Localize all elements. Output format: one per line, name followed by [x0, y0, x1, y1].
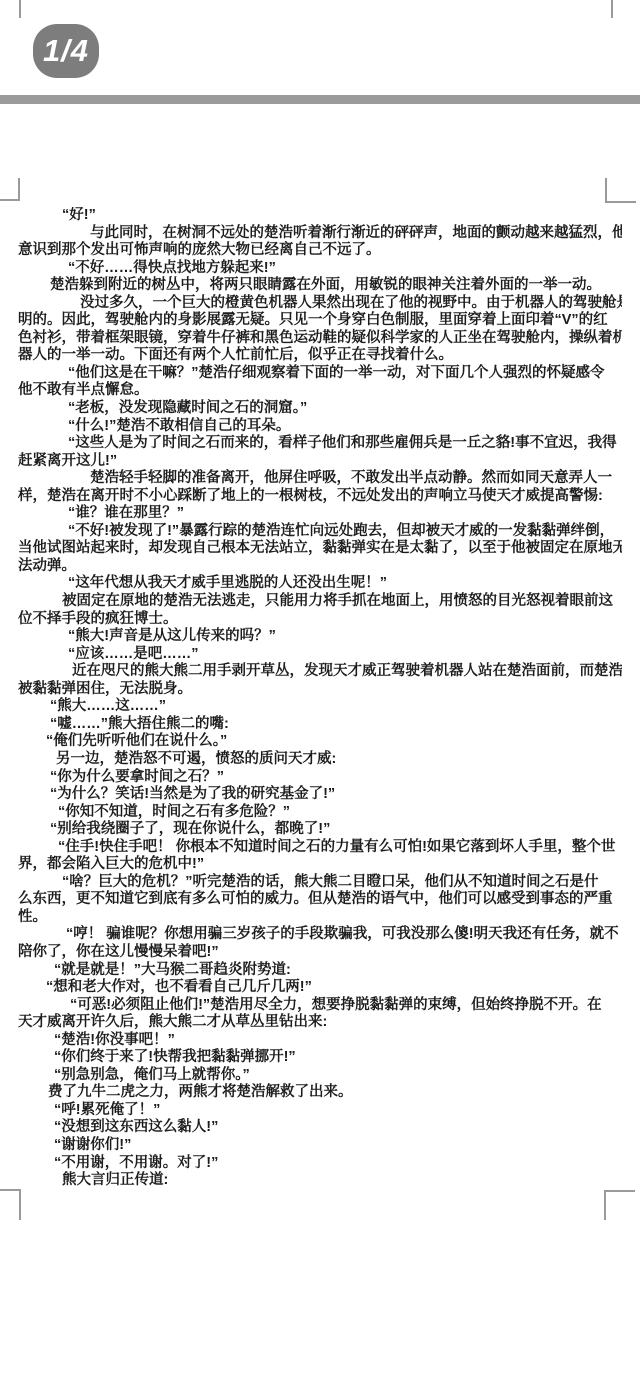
- text-line: “不好……得快点找地方躲起来!”: [18, 260, 622, 278]
- text-line: “你知不知道，时间之石有多危险？”: [18, 804, 622, 822]
- text-line: 位不择手段的疯狂博士。: [18, 611, 622, 629]
- text-line: 费了九牛二虎之力，两熊才将楚浩解救了出来。: [18, 1084, 622, 1102]
- page-separator-bar: [0, 95, 640, 104]
- text-line: “他们这是在干嘛？”楚浩仔细观察着下面的一举一动，对下面几个人强烈的怀疑感令: [18, 365, 622, 383]
- text-line: 赶紧离开这儿!”: [18, 453, 622, 471]
- text-line: 楚浩躲到附近的树丛中，将两只眼睛露在外面，用敏锐的眼神关注着外面的一举一动。: [18, 277, 622, 295]
- page-corner-mark-top-left: [0, 178, 20, 201]
- text-line: “哼！ 骗谁呢？你想用骗三岁孩子的手段欺骗我，可我没那么傻!明天我还有任务，就不: [18, 926, 622, 944]
- text-line: “谢谢你们!”: [18, 1137, 622, 1155]
- text-line: 熊大言归正传道:: [18, 1172, 622, 1190]
- text-line: “什么!”楚浩不敢相信自己的耳朵。: [18, 418, 622, 436]
- previous-page-corner-tick-left: [19, 0, 21, 18]
- text-line: 意识到那个发出可怖声响的庞然大物已经离自己不远了。: [18, 242, 622, 260]
- text-line: “谁？谁在那里？”: [18, 505, 622, 523]
- text-line: “这年代想从我天才威手里逃脱的人还没出生呢！”: [18, 575, 622, 593]
- text-line: “啥？巨大的危机？”听完楚浩的话，熊大熊二目瞪口呆，他们从不知道时间之石是什: [18, 874, 622, 892]
- text-line: “好!”: [18, 207, 622, 225]
- text-line: 器人的一举一动。下面还有两个人忙前忙后，似乎正在寻找着什么。: [18, 347, 622, 365]
- text-line: “想和老大作对，也不看看自己几斤几两!”: [18, 979, 622, 997]
- text-line: 被固定在原地的楚浩无法逃走，只能用力将手抓在地面上，用愤怒的目光怒视着眼前这: [18, 593, 622, 611]
- text-line: 明的。因此，驾驶舱内的身影展露无疑。只见一个身穿白色制服，里面穿着上面印着“V”…: [18, 312, 622, 330]
- text-line: 近在咫尺的熊大熊二用手剥开草丛，发现天才威正驾驶着机器人站在楚浩面前，而楚浩: [18, 663, 622, 681]
- text-line: 法动弹。: [18, 558, 622, 576]
- text-line: “老板，没发现隐藏时间之石的洞窟。”: [18, 400, 622, 418]
- text-line: “为什么？笑话!当然是为了我的研究基金了!”: [18, 786, 622, 804]
- text-line: “熊大!声音是从这儿传来的吗？”: [18, 628, 622, 646]
- text-line: 当他试图站起来时，却发现自己根本无法站立，黏黏弹实在是太黏了，以至于他被固定在原…: [18, 540, 622, 558]
- page-corner-mark-bottom-left: [0, 1189, 21, 1220]
- page-corner-mark-bottom-right: [604, 1190, 635, 1220]
- document-preview-screen: 1/4 “好!”与此同时，在树洞不远处的楚浩听着渐行渐近的砰砰声，地面的颤动越来…: [0, 0, 640, 1387]
- previous-page-corner-tick-right: [611, 0, 613, 18]
- text-line: “可恶!必须阻止他们!”楚浩用尽全力，想要挣脱黏黏弹的束缚，但始终挣脱不开。在: [18, 997, 622, 1015]
- text-line: 界，都会陷入巨大的危机中!”: [18, 856, 622, 874]
- text-line: 他不敢有半点懈怠。: [18, 382, 622, 400]
- text-line: 另一边，楚浩怒不可遏，愤怒的质问天才威:: [18, 751, 622, 769]
- document-text: “好!”与此同时，在树洞不远处的楚浩听着渐行渐近的砰砰声，地面的颤动越来越猛烈，…: [18, 207, 622, 1190]
- text-line: “呼!累死俺了！”: [18, 1102, 622, 1120]
- text-line: “住手!快住手吧！ 你根本不知道时间之石的力量有么可怕!如果它落到坏人手里，整个…: [18, 839, 622, 857]
- text-line: “不用谢，不用谢。对了!”: [18, 1155, 622, 1173]
- text-line: “你为什么要拿时间之石？”: [18, 769, 622, 787]
- text-line: “没想到这东西这么黏人!”: [18, 1119, 622, 1137]
- page-corner-mark-top-right: [605, 178, 636, 203]
- text-line: “熊大……这……”: [18, 698, 622, 716]
- text-line: “俺们先听听他们在说什么。”: [18, 733, 622, 751]
- text-line: 楚浩轻手轻脚的准备离开，他屏住呼吸，不敢发出半点动静。然而如同天意弄人一: [18, 470, 622, 488]
- text-line: “你们终于来了!快帮我把黏黏弹挪开!”: [18, 1049, 622, 1067]
- text-line: “嘘……”熊大捂住熊二的嘴:: [18, 716, 622, 734]
- page-number-badge: 1/4: [33, 24, 99, 78]
- text-line: 陪你了，你在这儿慢慢呆着吧!”: [18, 944, 622, 962]
- text-line: “别急别急，俺们马上就帮你。”: [18, 1067, 622, 1085]
- text-line: “别给我绕圈子了，现在你说什么，都晚了!”: [18, 821, 622, 839]
- text-line: “就是就是！”大马猴二哥趋炎附势道:: [18, 962, 622, 980]
- text-line: “这些人是为了时间之石而来的，看样子他们和那些雇佣兵是一丘之貉!事不宜迟，我得: [18, 435, 622, 453]
- text-line: 与此同时，在树洞不远处的楚浩听着渐行渐近的砰砰声，地面的颤动越来越猛烈，他: [18, 225, 622, 243]
- text-line: 样，楚浩在离开时不小心踩断了地上的一根树枝，不远处发出的声响立马使天才威提高警惕…: [18, 488, 622, 506]
- text-line: 么东西，更不知道它到底有多么可怕的威力。但从楚浩的语气中，他们可以感受到事态的严…: [18, 891, 622, 909]
- text-line: 色衬衫，带着框架眼镜，穿着牛仔裤和黑色运动鞋的疑似科学家的人正坐在驾驶舱内，操纵…: [18, 330, 622, 348]
- text-line: “楚浩!你没事吧！”: [18, 1032, 622, 1050]
- text-line: 被黏黏弹困住，无法脱身。: [18, 681, 622, 699]
- text-line: “不好!被发现了!”暴露行踪的楚浩连忙向远处跑去，但却被天才威的一发黏黏弹绊倒，: [18, 523, 622, 541]
- text-line: 性。: [18, 909, 622, 927]
- text-line: 天才威离开许久后，熊大熊二才从草丛里钻出来:: [18, 1014, 622, 1032]
- text-line: 没过多久，一个巨大的橙黄色机器人果然出现在了他的视野中。由于机器人的驾驶舱是透: [18, 295, 622, 313]
- text-line: “应该……是吧……”: [18, 646, 622, 664]
